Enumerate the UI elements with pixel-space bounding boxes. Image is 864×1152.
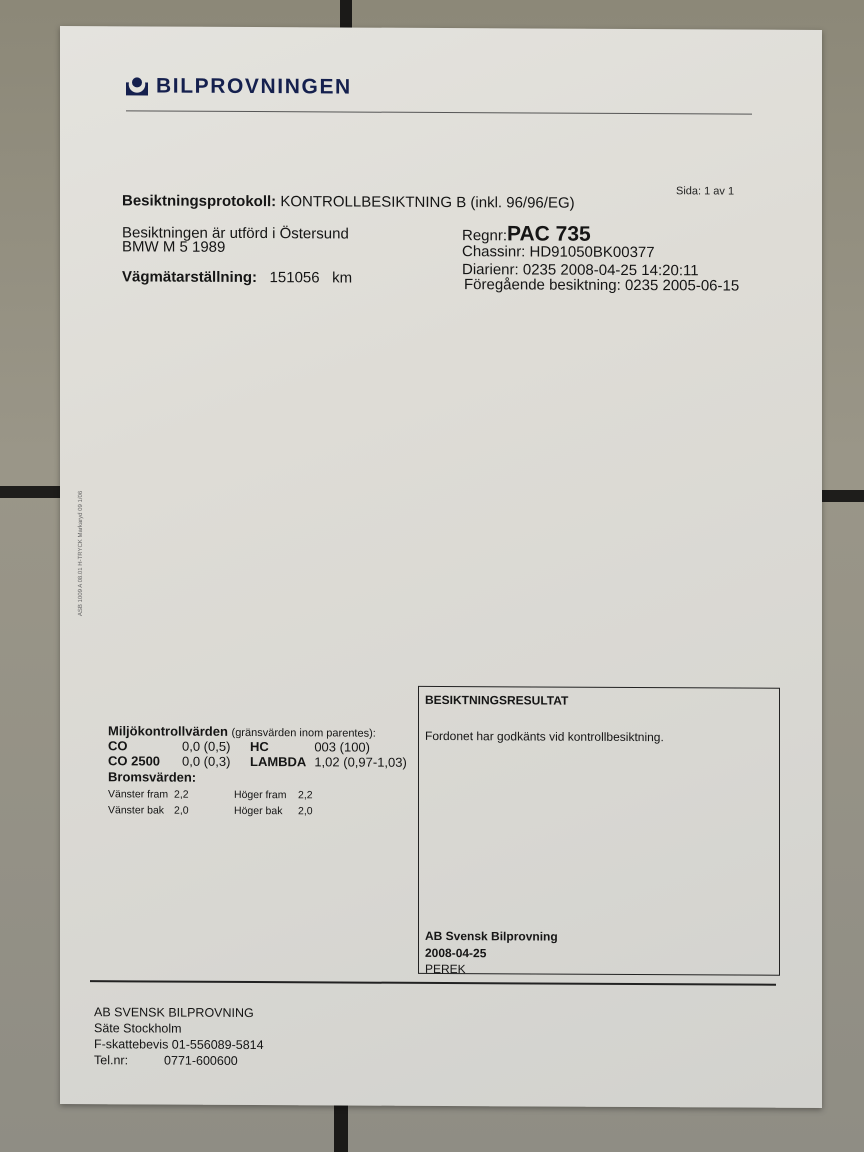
environment-table: CO 0,0 (0,5) HC 003 (100) CO 2500 0,0 (0…	[108, 738, 415, 770]
regnr-value: PAC 735	[507, 222, 591, 245]
table-row: Vänster bak 2,0 Höger bak 2,0	[108, 802, 317, 819]
floor-tile-gap	[820, 490, 864, 502]
footer-tax-cert: F-skattebevis 01-556089-5814	[94, 1036, 264, 1053]
protocol-label: Besiktningsprotokoll:	[122, 192, 276, 210]
odometer-unit: km	[332, 269, 352, 286]
environment-heading: Miljökontrollvärden (gränsvärden inom pa…	[108, 723, 415, 740]
odometer-value: 151056	[270, 269, 320, 286]
footer-phone: Tel.nr:0771-600600	[94, 1052, 264, 1069]
signature-inspector: PEREK	[425, 962, 466, 976]
bilprovningen-logo-icon	[126, 77, 148, 95]
floor-tile-gap	[334, 1104, 348, 1152]
brand-logo: BILPROVNINGEN	[126, 74, 352, 99]
table-row: CO 2500 0,0 (0,3) LAMBDA 1,02 (0,97-1,03…	[108, 753, 415, 770]
protocol-type: KONTROLLBESIKTNING B (inkl. 96/96/EG)	[280, 193, 574, 212]
regnr-label: Regnr:	[462, 227, 507, 244]
vehicle-model: BMW M 5 1989	[122, 238, 225, 256]
signature-company: AB Svensk Bilprovning	[425, 929, 558, 944]
page-indicator: Sida: 1 av 1	[676, 185, 734, 197]
footer-seat: Säte Stockholm	[94, 1020, 264, 1037]
floor-tile-gap	[0, 486, 62, 498]
odometer-label: Vägmätarställning:	[122, 268, 257, 286]
inspection-protocol-document: BILPROVNINGEN Sida: 1 av 1 Besiktningspr…	[60, 26, 822, 1108]
chassis-number: Chassinr: HD91050BK00377	[462, 243, 655, 261]
result-text: Fordonet har godkänts vid kontrollbesikt…	[425, 729, 664, 744]
odometer: Vägmätarställning: 151056 km	[122, 268, 352, 286]
footer: AB SVENSK BILPROVNING Säte Stockholm F-s…	[94, 1004, 264, 1069]
form-print-code: ASB 1009 A 08.01 H-TRYCK Markaryd 09 1/0…	[78, 491, 84, 616]
inspection-result-box: BESIKTNINGSRESULTAT Fordonet har godkänt…	[418, 686, 780, 976]
result-title: BESIKTNINGSRESULTAT	[425, 693, 568, 708]
protocol-title: Besiktningsprotokoll: KONTROLLBESIKTNING…	[122, 192, 575, 211]
brake-values-heading: Bromsvärden:	[108, 769, 415, 786]
floor-tile-gap	[340, 0, 352, 30]
header-divider	[126, 110, 752, 114]
table-row: Vänster fram 2,2 Höger fram 2,2	[108, 786, 317, 803]
previous-inspection: Föregående besiktning: 0235 2005-06-15	[464, 276, 739, 294]
footer-company: AB SVENSK BILPROVNING	[94, 1004, 264, 1021]
signature-date: 2008-04-25	[425, 946, 486, 960]
brand-name: BILPROVNINGEN	[156, 75, 352, 100]
table-row: CO 0,0 (0,5) HC 003 (100)	[108, 738, 415, 755]
brake-values-table: Vänster fram 2,2 Höger fram 2,2 Vänster …	[108, 786, 317, 819]
footer-divider	[90, 980, 776, 986]
environment-values-section: Miljökontrollvärden (gränsvärden inom pa…	[108, 723, 415, 820]
